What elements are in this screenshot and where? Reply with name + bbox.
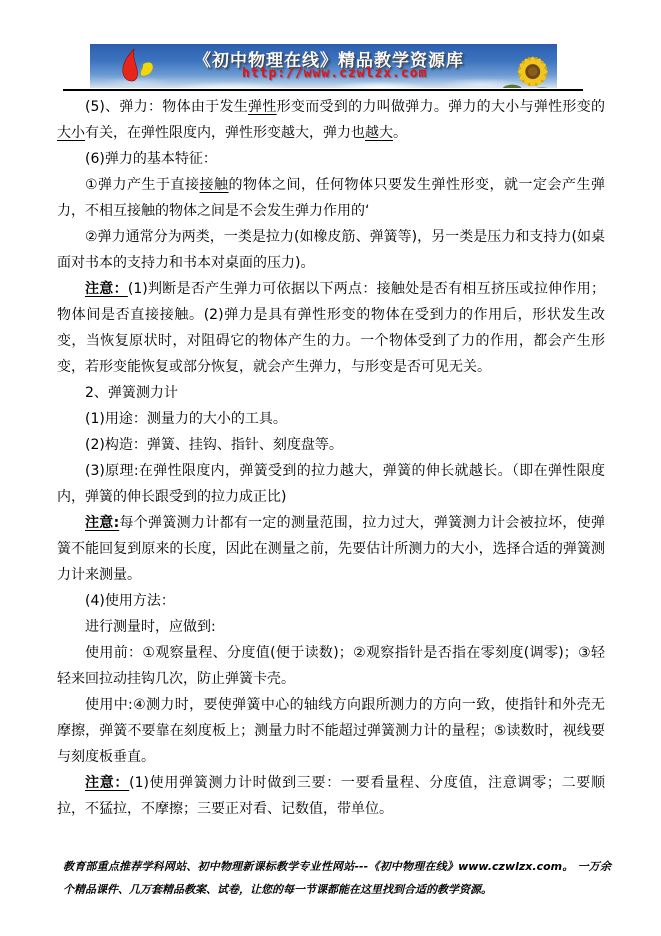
paragraph: (2)构造：弹簧、挂钩、指针、刻度盘等。 (57, 432, 605, 458)
paragraph: 使用前：①观察量程、分度值(便于读数)；②观察指针是否指在零刻度(调零)；③轻轻… (57, 640, 605, 692)
text-segment: 使用中:④测力时，要使弹簧中心的轴线方向跟所测力的方向一致，使指针和外壳无摩擦，… (57, 697, 605, 765)
paragraph: (1)用途：测量力的大小的工具。 (57, 406, 605, 432)
text-segment: 使用前：①观察量程、分度值(便于读数)；②观察指针是否指在零刻度(调零)；③轻轻… (57, 645, 605, 687)
paragraph: 2、弹簧测力计 (57, 380, 605, 406)
paragraph: 使用中:④测力时，要使弹簧中心的轴线方向跟所测力的方向一致，使指针和外壳无摩擦，… (57, 692, 605, 770)
paragraph: 进行测量时，应做到: (57, 614, 605, 640)
text-segment: 注意： (85, 775, 129, 791)
text-segment: 。 (393, 125, 407, 141)
text-segment: (4)使用方法： (85, 593, 175, 609)
text-segment: (1)判断是否产生弹力可依据以下两点：接触处是否有相互挤压或拉伸作用；物体间是否… (57, 281, 605, 375)
document-body[interactable]: (5)、弹力：物体由于发生弹性形变而受到的力叫做弹力。弹力的大小与弹性形变的大小… (57, 94, 605, 822)
text-segment: 进行测量时，应做到: (85, 619, 216, 635)
text-segment: 形变而受到的力叫做弹力。弹力的大小与弹性形变的 (277, 99, 605, 115)
text-segment: (1)用途：测量力的大小的工具。 (85, 411, 287, 427)
paragraph: (5)、弹力：物体由于发生弹性形变而受到的力叫做弹力。弹力的大小与弹性形变的大小… (57, 94, 605, 146)
text-segment: (1)使用弹簧测力计时做到三要：一要看量程、分度值，注意调零；二要顺拉，不猛拉，… (57, 775, 605, 817)
site-logo-icon (116, 48, 160, 84)
paragraph: (3)原理:在弹性限度内，弹簧受到的拉力越大，弹簧的伸长就越长。（即在弹性限度内… (57, 458, 605, 510)
paragraph: 注意:每个弹簧测力计都有一定的测量范围，拉力过大，弹簧测力计会被拉坏，使弹簧不能… (57, 510, 605, 588)
text-segment: ②弹力通常分为两类，一类是拉力(如橡皮筋、弹簧等)，另一类是压力和支持力(如桌面… (57, 229, 605, 271)
header-banner: 《初中物理在线》精品教学资源库 http://www.czwlzx.com (90, 44, 557, 88)
text-segment: (2)构造：弹簧、挂钩、指针、刻度盘等。 (85, 437, 343, 453)
page-footer: 教育部重点推荐学科网站、初中物理新课标教学专业性网站---《初中物理在线》www… (63, 855, 611, 901)
text-segment: 越大 (365, 125, 393, 141)
text-segment: 弹性 (248, 99, 277, 115)
text-segment: 每个弹簧测力计都有一定的测量范围，拉力过大，弹簧测力计会被拉坏，使弹簧不能回复到… (57, 515, 605, 583)
sunflower-icon (501, 51, 557, 88)
text-segment: 注意: (85, 515, 119, 531)
paragraph: ①弹力产生于直接接触的物体之间，任何物体只要发生弹性形变，就一定会产生弹力，不相… (57, 172, 605, 224)
text-segment: (3)原理:在弹性限度内，弹簧受到的拉力越大，弹簧的伸长就越长。（即在弹性限度内… (57, 463, 605, 505)
text-segment: 有关，在弹性限度内，弹性形变越大，弹力也 (85, 125, 365, 141)
text-segment: (5)、弹力：物体由于发生 (85, 99, 248, 115)
text-segment: (6)弹力的基本特征： (85, 151, 217, 167)
paragraph: 注意：(1)判断是否产生弹力可依据以下两点：接触处是否有相互挤压或拉伸作用；物体… (57, 276, 605, 380)
text-segment: 注意： (85, 281, 128, 297)
paragraph: 注意：(1)使用弹簧测力计时做到三要：一要看量程、分度值，注意调零；二要顺拉，不… (57, 770, 605, 822)
text-segment: 2、弹簧测力计 (85, 385, 178, 401)
text-segment: 大小 (57, 125, 85, 141)
header-rule (63, 89, 583, 91)
text-segment: ①弹力产生于直接 (85, 177, 200, 193)
document-page: { "banner": { "title": "《初中物理在线》精品教学资源库"… (0, 0, 661, 936)
text-segment: 接触 (200, 177, 229, 193)
paragraph: (4)使用方法： (57, 588, 605, 614)
banner-url: http://www.czwlzx.com (242, 66, 427, 81)
paragraph: ②弹力通常分为两类，一类是拉力(如橡皮筋、弹簧等)，另一类是压力和支持力(如桌面… (57, 224, 605, 276)
paragraph: (6)弹力的基本特征： (57, 146, 605, 172)
